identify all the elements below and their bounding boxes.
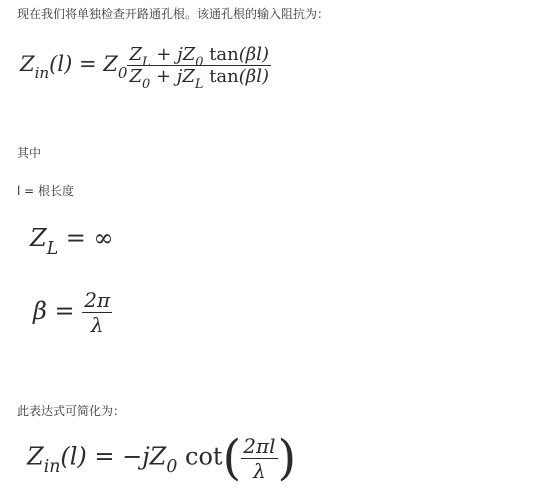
denominator: λ: [241, 459, 277, 483]
numerator: 2π: [82, 288, 112, 313]
rhs-prefix: −jZ: [122, 443, 166, 471]
z0-subscript: 0: [118, 64, 128, 82]
definition-l: l = 根长度: [17, 182, 74, 199]
lhs-arg: (l) =: [60, 443, 114, 471]
numerator: 2πl: [241, 434, 277, 459]
impedance-fraction: ZL + jZ0 tan(βl) Z0 + jZL tan(βl): [127, 44, 271, 87]
z-symbol: Z: [27, 443, 44, 471]
cot-function: cot: [185, 443, 223, 471]
left-paren: (: [223, 430, 242, 486]
intro-paragraph: 现在我们将单独检查开路通孔根。该通孔根的输入阻抗为：: [17, 5, 329, 22]
input-impedance-formula: Zin(l) = Z0 ZL + jZ0 tan(βl) Z0 + jZL ta…: [20, 44, 271, 87]
denominator: λ: [82, 313, 112, 337]
infinity-rhs: = ∞: [66, 224, 114, 252]
lhs-arg: (l) =: [49, 52, 96, 76]
where-label: 其中: [17, 144, 41, 161]
beta-lhs: β =: [33, 297, 75, 325]
cot-fraction: 2πl λ: [241, 434, 277, 483]
zl-symbol: Z: [30, 224, 47, 252]
z-symbol: Z: [20, 52, 35, 76]
simplify-paragraph: 此表达式可简化为：: [17, 402, 125, 419]
beta-formula: β = 2π λ: [33, 288, 112, 337]
numerator: ZL + jZ0 tan(βl): [127, 44, 271, 66]
z0-subscript: 0: [166, 457, 177, 477]
in-subscript: in: [44, 457, 61, 477]
beta-fraction: 2π λ: [82, 288, 112, 337]
simplified-impedance-formula: Zin(l) = −jZ0 cot( 2πl λ ): [27, 430, 296, 486]
in-subscript: in: [35, 64, 50, 82]
z0-symbol: Z: [103, 52, 118, 76]
right-paren: ): [278, 430, 297, 486]
load-impedance-formula: ZL = ∞: [30, 224, 114, 252]
zl-subscript: L: [47, 239, 58, 259]
